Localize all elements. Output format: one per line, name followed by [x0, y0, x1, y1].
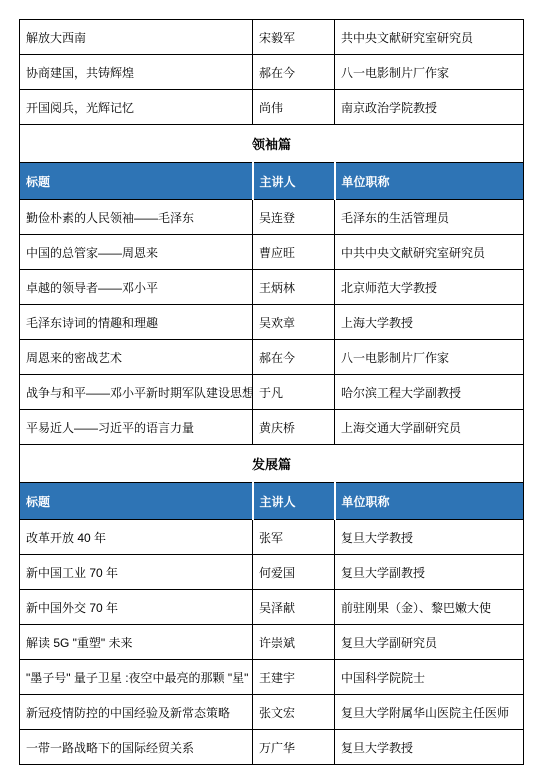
cell-title: 新中国工业 70 年 — [20, 555, 253, 590]
cell-title: "墨子号" 量子卫星 :夜空中最亮的那颗 "星" — [20, 660, 253, 695]
cell-affiliation: 毛泽东的生活管理员 — [335, 200, 524, 235]
cell-affiliation: 中共中央文献研究室研究员 — [335, 235, 524, 270]
cell-title: 卓越的领导者——邓小平 — [20, 270, 253, 305]
cell-affiliation: 共中央文献研究室研究员 — [335, 20, 524, 55]
cell-affiliation: 复旦大学教授 — [335, 520, 524, 555]
column-header-affiliation: 单位职称 — [335, 163, 524, 200]
cell-speaker: 郝在今 — [253, 55, 335, 90]
cell-title: 协商建国，共铸辉煌 — [20, 55, 253, 90]
cell-speaker: 何爱国 — [253, 555, 335, 590]
cell-speaker: 曹应旺 — [253, 235, 335, 270]
table-row: 一带一路战略下的国际经贸关系万广华复旦大学教授 — [20, 730, 524, 765]
cell-speaker: 王建宇 — [253, 660, 335, 695]
section-title: 发展篇 — [20, 445, 524, 483]
table-row: 改革开放 40 年张军复旦大学教授 — [20, 520, 524, 555]
cell-affiliation: 上海大学教授 — [335, 305, 524, 340]
cell-title: 解放大西南 — [20, 20, 253, 55]
cell-speaker: 吴欢章 — [253, 305, 335, 340]
cell-title: 开国阅兵，光辉记忆 — [20, 90, 253, 125]
section-row: 发展篇 — [20, 445, 524, 483]
cell-speaker: 张军 — [253, 520, 335, 555]
column-header-speaker: 主讲人 — [253, 163, 335, 200]
cell-title: 毛泽东诗词的情趣和理趣 — [20, 305, 253, 340]
cell-speaker: 于凡 — [253, 375, 335, 410]
table-row: 卓越的领导者——邓小平王炳林北京师范大学教授 — [20, 270, 524, 305]
cell-title: 解读 5G "重塑" 未来 — [20, 625, 253, 660]
column-header-affiliation: 单位职称 — [335, 483, 524, 520]
table-row: 协商建国，共铸辉煌郝在今八一电影制片厂作家 — [20, 55, 524, 90]
table-row: 开国阅兵，光辉记忆尚伟南京政治学院教授 — [20, 90, 524, 125]
table-row: 解放大西南宋毅军共中央文献研究室研究员 — [20, 20, 524, 55]
cell-title: 新中国外交 70 年 — [20, 590, 253, 625]
cell-title: 平易近人——习近平的语言力量 — [20, 410, 253, 445]
table-row: 毛泽东诗词的情趣和理趣吴欢章上海大学教授 — [20, 305, 524, 340]
cell-affiliation: 复旦大学副教授 — [335, 555, 524, 590]
cell-speaker: 吴连登 — [253, 200, 335, 235]
cell-speaker: 吴泽献 — [253, 590, 335, 625]
cell-title: 改革开放 40 年 — [20, 520, 253, 555]
table-row: 新中国工业 70 年何爱国复旦大学副教授 — [20, 555, 524, 590]
table-row: "墨子号" 量子卫星 :夜空中最亮的那颗 "星"王建宇中国科学院院士 — [20, 660, 524, 695]
cell-speaker: 宋毅军 — [253, 20, 335, 55]
cell-title: 新冠疫情防控的中国经验及新常态策略 — [20, 695, 253, 730]
cell-affiliation: 上海交通大学副研究员 — [335, 410, 524, 445]
cell-title: 一带一路战略下的国际经贸关系 — [20, 730, 253, 765]
table-row: 平易近人——习近平的语言力量黄庆桥上海交通大学副研究员 — [20, 410, 524, 445]
cell-speaker: 王炳林 — [253, 270, 335, 305]
cell-affiliation: 北京师范大学教授 — [335, 270, 524, 305]
cell-affiliation: 南京政治学院教授 — [335, 90, 524, 125]
cell-speaker: 郝在今 — [253, 340, 335, 375]
cell-title: 周恩来的密战艺术 — [20, 340, 253, 375]
cell-affiliation: 前驻刚果（金）、黎巴嫩大使 — [335, 590, 524, 625]
lecture-schedule-table: 解放大西南宋毅军共中央文献研究室研究员协商建国，共铸辉煌郝在今八一电影制片厂作家… — [19, 19, 524, 765]
cell-speaker: 尚伟 — [253, 90, 335, 125]
cell-affiliation: 复旦大学副研究员 — [335, 625, 524, 660]
cell-speaker: 万广华 — [253, 730, 335, 765]
column-header-title: 标题 — [20, 483, 253, 520]
cell-speaker: 张文宏 — [253, 695, 335, 730]
cell-affiliation: 复旦大学教授 — [335, 730, 524, 765]
table-row: 新中国外交 70 年吴泽献前驻刚果（金）、黎巴嫩大使 — [20, 590, 524, 625]
table-row: 解读 5G "重塑" 未来许崇斌复旦大学副研究员 — [20, 625, 524, 660]
cell-title: 战争与和平——邓小平新时期军队建设思想 — [20, 375, 253, 410]
cell-affiliation: 八一电影制片厂作家 — [335, 340, 524, 375]
table-row: 中国的总管家——周恩来曹应旺中共中央文献研究室研究员 — [20, 235, 524, 270]
cell-speaker: 黄庆桥 — [253, 410, 335, 445]
schedule-table-body: 解放大西南宋毅军共中央文献研究室研究员协商建国，共铸辉煌郝在今八一电影制片厂作家… — [20, 20, 524, 765]
page: 解放大西南宋毅军共中央文献研究室研究员协商建国，共铸辉煌郝在今八一电影制片厂作家… — [0, 0, 542, 781]
column-header-title: 标题 — [20, 163, 253, 200]
cell-affiliation: 八一电影制片厂作家 — [335, 55, 524, 90]
table-row: 勤俭朴素的人民领袖——毛泽东吴连登毛泽东的生活管理员 — [20, 200, 524, 235]
cell-affiliation: 复旦大学附属华山医院主任医师 — [335, 695, 524, 730]
cell-affiliation: 中国科学院院士 — [335, 660, 524, 695]
column-header-row: 标题主讲人单位职称 — [20, 163, 524, 200]
table-row: 战争与和平——邓小平新时期军队建设思想于凡哈尔滨工程大学副教授 — [20, 375, 524, 410]
cell-title: 中国的总管家——周恩来 — [20, 235, 253, 270]
column-header-row: 标题主讲人单位职称 — [20, 483, 524, 520]
section-title: 领袖篇 — [20, 125, 524, 163]
cell-affiliation: 哈尔滨工程大学副教授 — [335, 375, 524, 410]
table-row: 周恩来的密战艺术郝在今八一电影制片厂作家 — [20, 340, 524, 375]
cell-title: 勤俭朴素的人民领袖——毛泽东 — [20, 200, 253, 235]
column-header-speaker: 主讲人 — [253, 483, 335, 520]
section-row: 领袖篇 — [20, 125, 524, 163]
cell-speaker: 许崇斌 — [253, 625, 335, 660]
table-row: 新冠疫情防控的中国经验及新常态策略张文宏复旦大学附属华山医院主任医师 — [20, 695, 524, 730]
